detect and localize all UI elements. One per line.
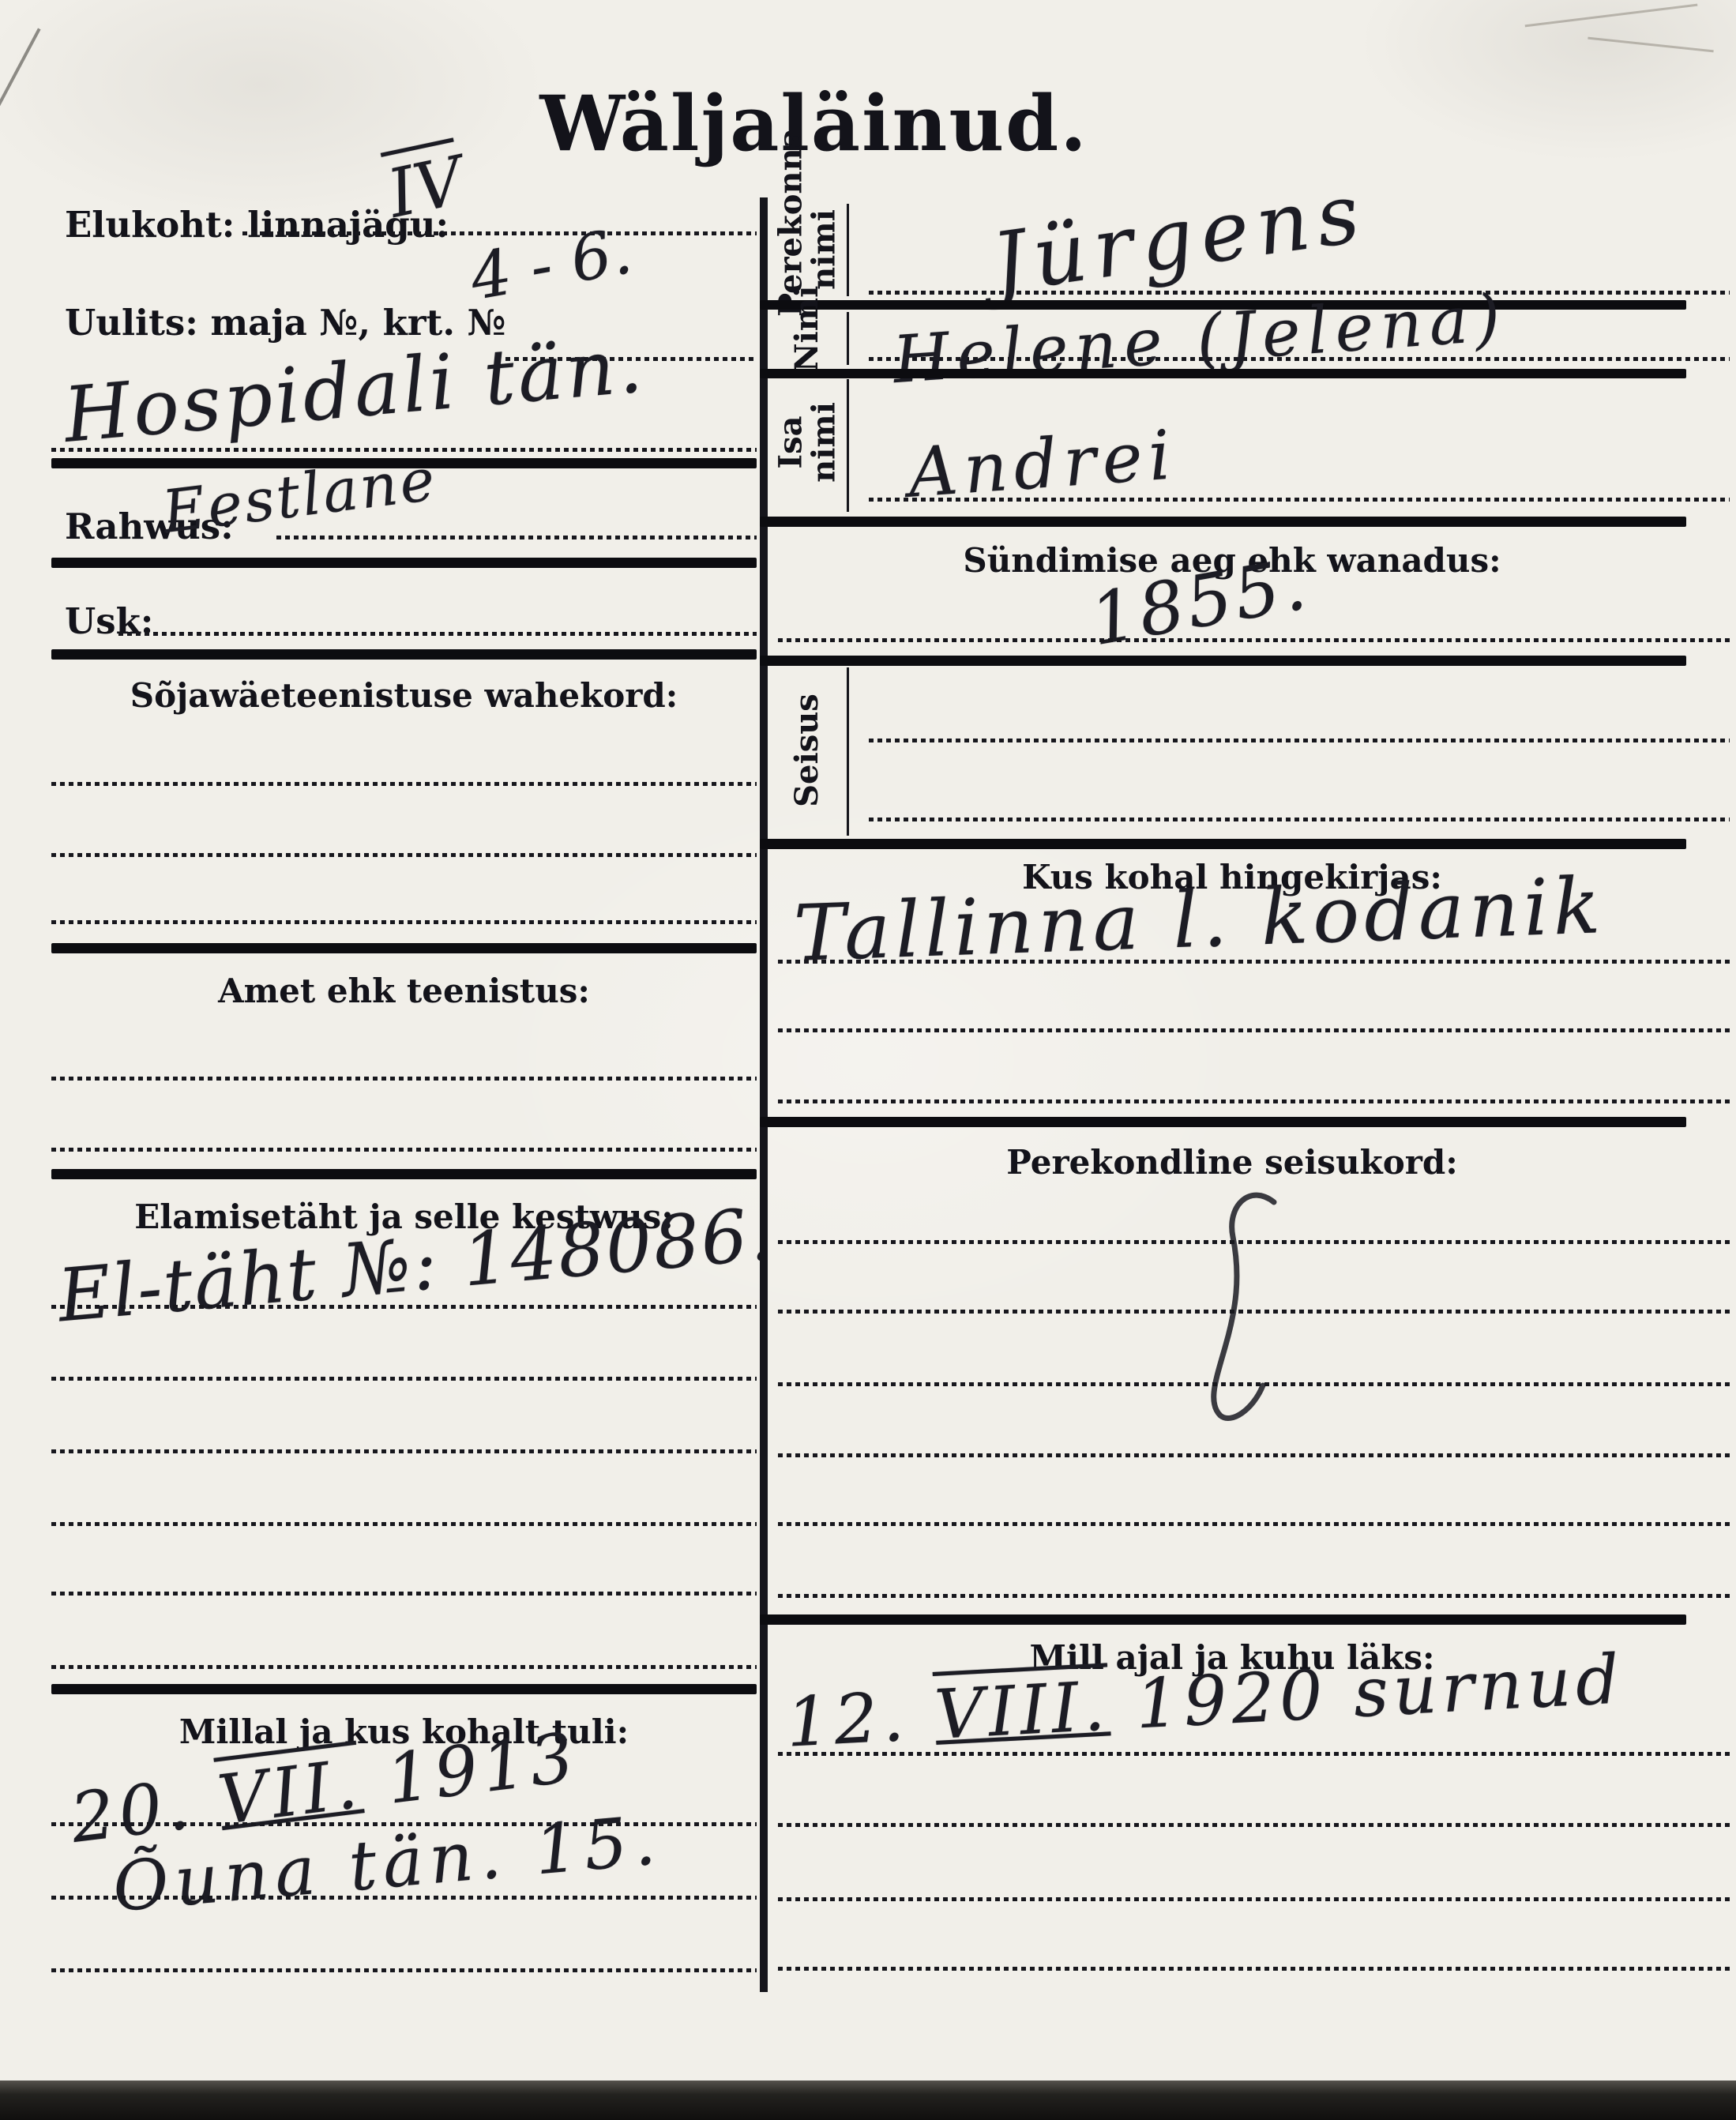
perekonna-entry: Jürgens xyxy=(986,164,1373,311)
blank-line xyxy=(778,1382,1730,1386)
elukoht-line xyxy=(242,231,757,235)
section-divider xyxy=(760,656,1686,666)
blank-line xyxy=(778,1823,1730,1827)
blank-line xyxy=(778,1453,1730,1457)
nimi-entry: Helene (Jelena) xyxy=(891,280,1510,398)
mill-ajal-year: 1920 xyxy=(1133,1656,1329,1745)
gutter-line xyxy=(847,379,849,512)
scan-edge xyxy=(0,2081,1736,2120)
uulits-label: Uulits: maja №, krt. № xyxy=(65,302,506,344)
blank-line xyxy=(51,1148,757,1152)
blank-line xyxy=(51,1377,757,1381)
blank-line xyxy=(51,920,757,924)
sundimise-line xyxy=(778,638,1730,642)
blank-line xyxy=(51,1968,757,1972)
section-divider xyxy=(51,1684,757,1694)
blank-line xyxy=(51,1592,757,1596)
elukoht-entry: IV xyxy=(381,141,470,232)
maja-nr-entry: 4 - 6. xyxy=(464,214,637,314)
section-divider xyxy=(51,1169,757,1179)
blank-line xyxy=(51,1449,757,1453)
crease-mark xyxy=(1588,37,1713,53)
crease-mark xyxy=(1525,4,1698,28)
blank-line xyxy=(778,1240,1730,1244)
blank-line xyxy=(51,1522,757,1526)
sojavae-label: Sõjawäeteenistuse wahekord: xyxy=(51,676,757,715)
blank-line xyxy=(51,1305,757,1309)
column-divider xyxy=(760,197,768,1992)
gutter-line xyxy=(847,204,849,296)
elukoht-label: Elukoht: linnajägu: xyxy=(65,204,449,246)
blank-line xyxy=(778,1594,1730,1598)
blank-line xyxy=(778,1310,1730,1314)
mill-ajal-month: VIII. xyxy=(933,1667,1111,1754)
gutter-line xyxy=(847,312,849,365)
isa-label: Isa nimi xyxy=(774,399,840,486)
mill-ajal-day: 12. xyxy=(784,1678,911,1763)
perekondline-label: Perekondline seisukord: xyxy=(778,1143,1686,1182)
amet-label: Amet ehk teenistus: xyxy=(51,972,757,1010)
mill-ajal-note: surnud xyxy=(1351,1640,1625,1733)
section-divider xyxy=(760,1117,1686,1127)
blank-line xyxy=(51,1077,757,1081)
section-divider xyxy=(51,558,757,568)
rahwus-line xyxy=(276,536,757,539)
blank-line xyxy=(778,1522,1730,1526)
hingekirjas-line xyxy=(778,960,1730,964)
blank-line xyxy=(778,1099,1730,1103)
nimi-label: Nimi xyxy=(791,301,824,372)
section-divider xyxy=(760,369,1686,378)
blank-line xyxy=(778,1967,1730,1971)
blank-line xyxy=(869,739,1730,742)
usk-label: Usk: xyxy=(65,600,153,642)
section-divider xyxy=(760,517,1686,527)
blank-line xyxy=(778,1897,1730,1901)
section-divider xyxy=(760,839,1686,849)
mill-ajal-line xyxy=(778,1752,1730,1756)
page-title: Wäljaläinud. xyxy=(520,79,1108,168)
section-divider xyxy=(51,943,757,953)
gutter-line xyxy=(847,667,849,836)
section-divider xyxy=(760,1614,1686,1625)
crease-mark xyxy=(0,28,41,106)
registration-card: Wäljaläinud. Elukoht: linnajägu: IV Uuli… xyxy=(0,0,1736,2120)
section-divider xyxy=(51,649,757,660)
usk-line xyxy=(118,632,757,636)
blank-line xyxy=(51,853,757,857)
seisus-label: Seisus xyxy=(791,663,824,837)
millal-line2 xyxy=(51,1896,757,1900)
blank-line xyxy=(51,782,757,786)
blank-line xyxy=(869,818,1730,821)
blank-line xyxy=(51,1665,757,1669)
blank-line xyxy=(778,1028,1730,1032)
